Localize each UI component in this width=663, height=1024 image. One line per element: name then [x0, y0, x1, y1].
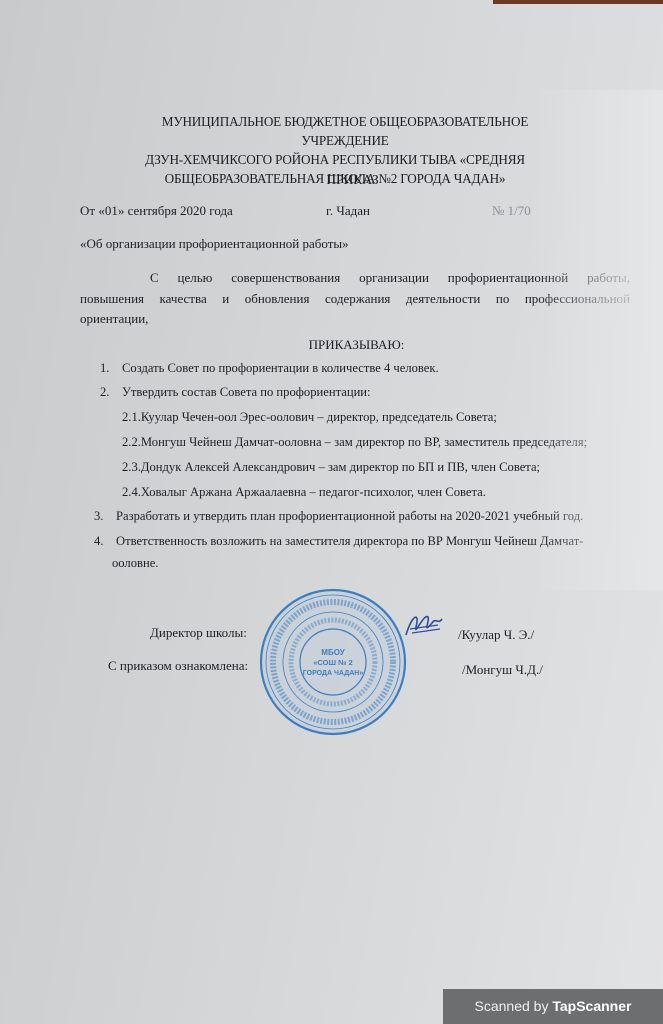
decree-word: ПРИКАЗЫВАЮ:	[0, 337, 663, 353]
scanner-brand: TapScanner	[552, 998, 631, 1014]
acknowledged-name: /Монгуш Ч.Д./	[462, 662, 543, 678]
svg-text:ГОРОДА ЧАДАН»: ГОРОДА ЧАДАН»	[303, 670, 364, 677]
order-place: г. Чадан	[326, 203, 370, 219]
preamble: С целью совершенствования организации пр…	[80, 268, 630, 330]
list-item: 2.4.Ховалыг Аржана Аржаалаевна – педагог…	[122, 485, 486, 500]
list-item: 4.Ответственность возложить на заместите…	[94, 534, 583, 549]
order-title: ПРИКАЗ	[0, 172, 663, 188]
svg-text:«СОШ № 2: «СОШ № 2	[313, 658, 352, 667]
order-date: От «01» сентября 2020 года	[80, 203, 233, 219]
list-item: 2.Утвердить состав Совета по профориента…	[100, 385, 371, 400]
director-name: /Куулар Ч. Э./	[458, 627, 534, 643]
list-item: 2.3.Дондук Алексей Александрович – зам д…	[122, 460, 540, 475]
list-item: 1.Создать Совет по профориентации в коли…	[100, 361, 439, 376]
list-item: 2.1.Куулар Чечен-оол Эрес-оолович – дире…	[122, 410, 497, 425]
order-number: № 1/70	[492, 203, 531, 219]
svg-text:МБОУ: МБОУ	[321, 648, 345, 657]
scanner-watermark: Scanned by TapScanner	[443, 989, 663, 1024]
header-line-2: ДЗУН-ХЕМЧИКСОГО РОЙОНА РЕСПУБЛИКИ ТЫВА «…	[100, 150, 570, 169]
school-stamp-icon: МБОУ «СОШ № 2 ГОРОДА ЧАДАН»	[258, 587, 408, 737]
list-item: 2.2.Монгуш Чейнеш Дамчат-ооловна – зам д…	[122, 435, 587, 450]
order-subject: «Об организации профориентационной работ…	[80, 236, 349, 252]
director-label: Директор школы:	[150, 625, 247, 641]
background-edge	[493, 0, 663, 4]
header-line-1: МУНИЦИПАЛЬНОЕ БЮДЖЕТНОЕ ОБЩЕОБРАЗОВАТЕЛЬ…	[120, 112, 570, 150]
list-item: ооловне.	[112, 556, 158, 571]
signature-icon	[402, 605, 444, 645]
list-item: 3.Разработать и утвердить план профориен…	[94, 509, 583, 524]
acknowledged-label: С приказом ознакомлена:	[108, 658, 248, 674]
